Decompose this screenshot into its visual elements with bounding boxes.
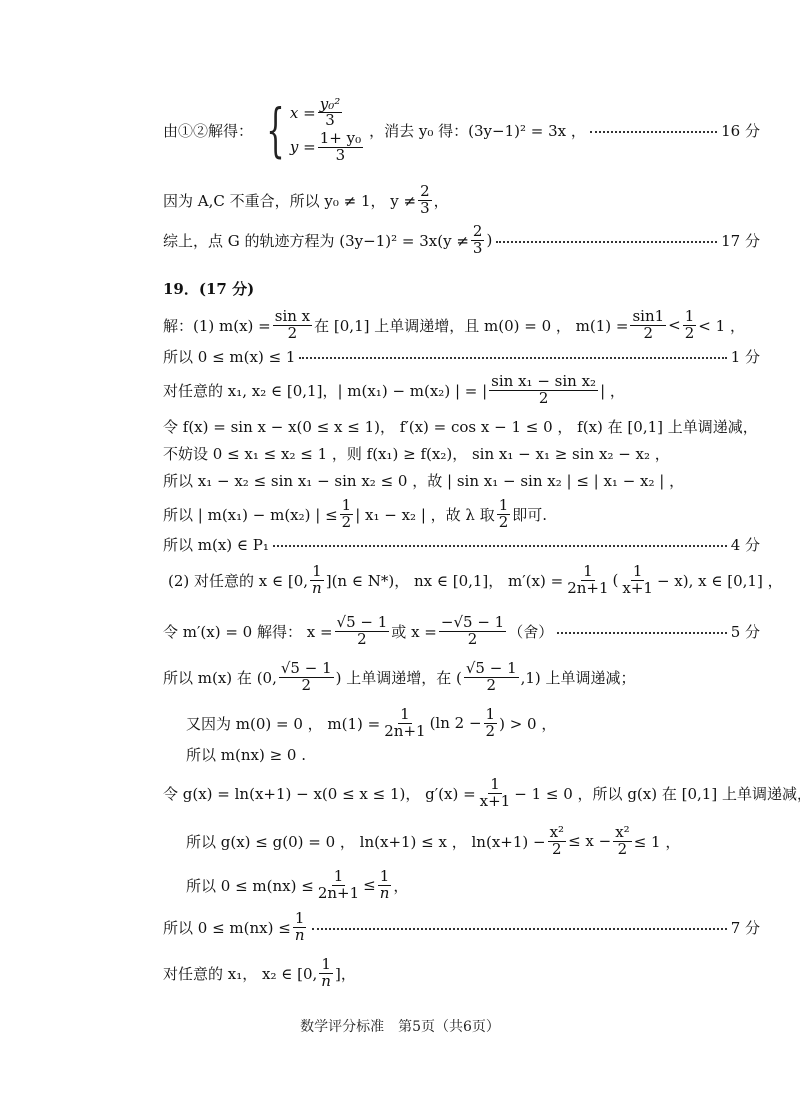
solution-line: 所以 m(nx) ≥ 0 .	[186, 742, 760, 766]
score-label: 16 分	[721, 120, 760, 141]
score-label: 5 分	[731, 621, 760, 642]
solution-line-5: 令 m′(x) = 0 解得： x = √5 − 12 或 x = −√5 − …	[163, 608, 760, 654]
fraction: √5 − 12	[335, 615, 390, 648]
dot-leader	[590, 131, 717, 133]
fraction: 1+ y₀3	[318, 131, 363, 164]
eq-y-lhs: y =	[290, 138, 316, 156]
question-number: 19．(17 分)	[163, 278, 254, 299]
fraction: 12n+1	[565, 564, 610, 597]
solution-line: 所以 m(x) 在 (0, √5 − 12 ) 上单调递增，在 ( √5 − 1…	[163, 654, 760, 700]
fraction: 12	[340, 498, 354, 531]
dot-leader	[299, 357, 726, 359]
solution-line: 又因为 m(0) = 0 ， m(1) = 12n+1 (ln 2 − 12 )…	[186, 700, 760, 746]
dot-leader	[557, 632, 726, 634]
fraction: 1n	[310, 564, 324, 597]
fraction: sin x2	[273, 309, 312, 342]
dot-leader	[273, 545, 727, 547]
text: ，	[434, 190, 449, 211]
text: 综上，点 G 的轨迹方程为 (3y−1)² = 3x(y ≠	[163, 230, 469, 251]
text: 所以 0 ≤ m(x) ≤ 1	[163, 346, 295, 367]
solution-line-4: 所以 m(x) ∈ P₁ 4 分	[163, 532, 760, 556]
fraction: 23	[418, 184, 432, 217]
score-label: 17 分	[721, 230, 760, 251]
solution-line: 对任意的 x₁, x₂ ∈ [0,1]，| m(x₁) − m(x₂) | = …	[163, 368, 760, 412]
fraction: 12n+1	[382, 707, 427, 740]
fraction: sin x₁ − sin x₂2	[489, 374, 598, 407]
fraction: √5 − 12	[464, 661, 519, 694]
fraction: 1x+1	[478, 777, 513, 810]
solution-line: 不妨设 0 ≤ x₁ ≤ x₂ ≤ 1 ，则 f(x₁) ≥ f(x₂)， si…	[163, 441, 760, 465]
fraction: 1n	[293, 911, 307, 944]
dot-leader	[496, 241, 717, 243]
question-heading: 19．(17 分)	[163, 276, 760, 300]
fraction: 1n	[319, 957, 333, 990]
solution-line-1: 所以 0 ≤ m(x) ≤ 1 1 分	[163, 344, 760, 368]
fraction: 23	[471, 224, 485, 257]
fraction: y₀²3	[318, 97, 343, 130]
fraction: 12n+1	[316, 869, 361, 902]
eq-x-lhs: x =	[290, 104, 316, 122]
solution-line: (2) 对任意的 x ∈ [0, 1n ](n ∈ N*)， nx ∈ [0,1…	[168, 558, 760, 602]
text: 因为 A,C 不重合，所以 y₀ ≠ 1， y ≠	[163, 190, 416, 211]
solution-line: 令 f(x) = sin x − x(0 ≤ x ≤ 1)， f′(x) = c…	[163, 414, 760, 438]
solution-line-17: 综上，点 G 的轨迹方程为 (3y−1)² = 3x(y ≠ 23 ) 17 分	[163, 220, 760, 260]
fraction: x²2	[613, 825, 631, 858]
solution-line: 解：(1) m(x) = sin x2 在 [0,1] 上单调递增，且 m(0)…	[163, 304, 760, 346]
solution-line: 所以 x₁ − x₂ ≤ sin x₁ − sin x₂ ≤ 0 ，故 | si…	[163, 468, 760, 492]
fraction: −√5 − 12	[439, 615, 506, 648]
text: )	[486, 231, 492, 249]
left-brace-icon: {	[266, 101, 284, 159]
solution-line-7: 所以 0 ≤ m(nx) ≤ 1n 7 分	[163, 904, 760, 950]
solution-line: 对任意的 x₁， x₂ ∈ [0, 1n ]，	[163, 950, 760, 996]
text: ，消去 y₀ 得：(3y−1)² = 3x ，	[369, 120, 586, 141]
fraction: 1n	[378, 869, 392, 902]
dot-leader	[312, 928, 726, 930]
fraction: 12	[683, 309, 697, 342]
solution-line: 所以 g(x) ≤ g(0) = 0 ， ln(x+1) ≤ x ， ln(x+…	[186, 818, 760, 864]
fraction: √5 − 12	[279, 661, 334, 694]
score-label: 4 分	[731, 534, 760, 555]
text: 由①②解得：	[163, 120, 253, 141]
fraction: 12	[497, 498, 511, 531]
score-label: 1 分	[731, 346, 760, 367]
solution-line: 所以 | m(x₁) − m(x₂) | ≤ 12 | x₁ − x₂ | ，故…	[163, 492, 760, 536]
fraction: 12	[484, 707, 498, 740]
solution-line: 令 g(x) = ln(x+1) − x(0 ≤ x ≤ 1)， g′(x) =…	[163, 770, 760, 816]
solution-line: 所以 0 ≤ m(nx) ≤ 12n+1 ≤ 1n ，	[186, 862, 760, 908]
solution-line-16: 由①②解得： { x = y₀²3 y = 1+ y₀3 ，消去 y₀ 得：(3…	[163, 90, 760, 170]
equation-system: { x = y₀²3 y = 1+ y₀3	[257, 97, 365, 164]
solution-line: 因为 A,C 不重合，所以 y₀ ≠ 1， y ≠ 23 ，	[163, 180, 760, 220]
fraction: 1x+1	[620, 564, 655, 597]
page-footer: 数学评分标准 第5页（共6页）	[0, 1016, 800, 1036]
fraction: x²2	[548, 825, 566, 858]
fraction: sin12	[630, 309, 666, 342]
score-label: 7 分	[731, 917, 760, 938]
